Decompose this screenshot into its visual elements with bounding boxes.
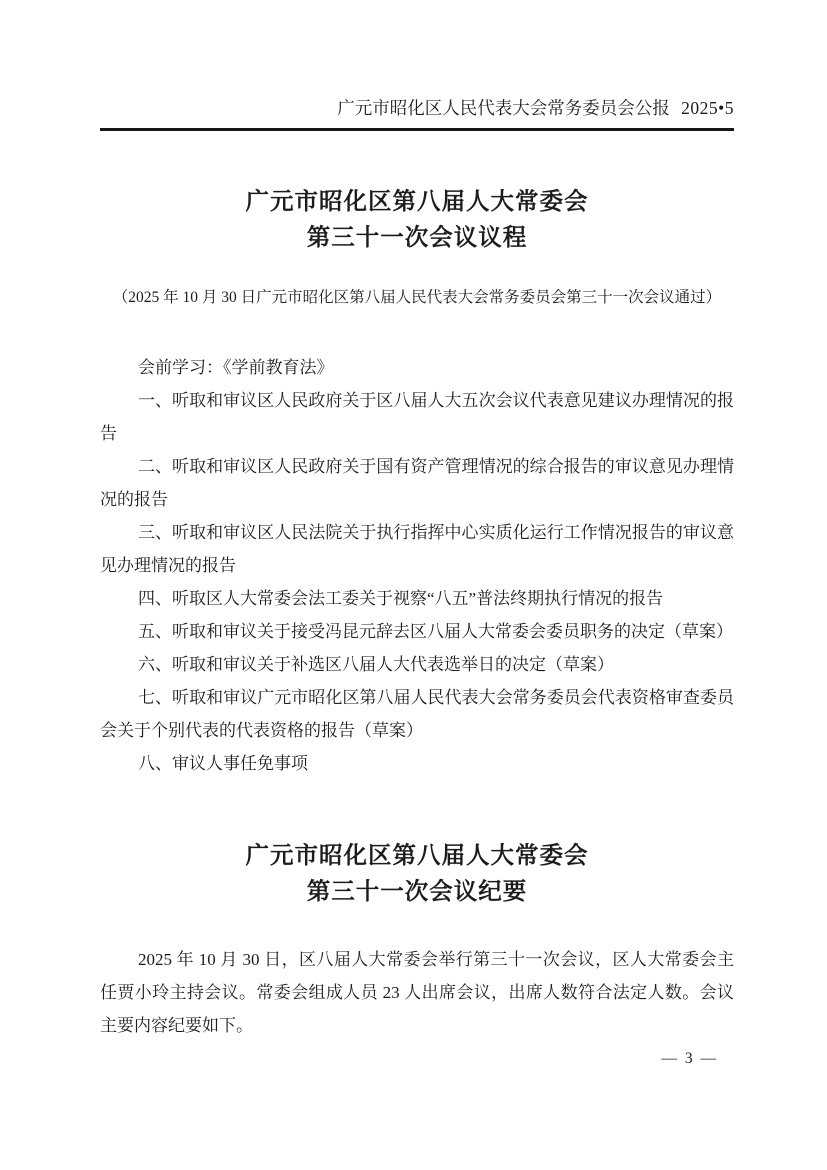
running-header: 广元市昭化区人民代表大会常务委员会公报 2025•5 [100, 97, 734, 119]
agenda-item-5: 五、听取和审议关于接受冯昆元辞去区八届人大常委会委员职务的决定（草案） [100, 615, 734, 648]
running-header-title: 广元市昭化区人民代表大会常务委员会公报 [337, 98, 670, 118]
agenda-item-6: 六、听取和审议关于补选区八届人大代表选举日的决定（草案） [100, 648, 734, 681]
header-rule [100, 128, 734, 131]
agenda-approval-note: （2025 年 10 月 30 日广元市昭化区第八届人民代表大会常务委员会第三十… [100, 287, 734, 309]
page-content: 广元市昭化区人民代表大会常务委员会公报 2025•5 广元市昭化区第八届人大常委… [100, 0, 734, 1068]
agenda-item-8: 八、审议人事任免事项 [100, 747, 734, 780]
running-header-issue: 2025•5 [681, 98, 734, 118]
agenda-item-2: 二、听取和审议区人民政府关于国有资产管理情况的综合报告的审议意见办理情况的报告 [100, 450, 734, 516]
page-number: — 3 — [100, 1050, 734, 1068]
minutes-title-line1: 广元市昭化区第八届人大常委会 [100, 837, 734, 873]
agenda-item-4: 四、听取区人大常委会法工委关于视察“八五”普法终期执行情况的报告 [100, 582, 734, 615]
minutes-title: 广元市昭化区第八届人大常委会 第三十一次会议纪要 [100, 837, 734, 909]
agenda-item-1: 一、听取和审议区人民政府关于区八届人大五次会议代表意见建议办理情况的报告 [100, 384, 734, 450]
minutes-paragraph: 2025 年 10 月 30 日，区八届人大常委会举行第三十一次会议，区人大常委… [100, 943, 734, 1042]
agenda-title-line2: 第三十一次会议议程 [100, 219, 734, 255]
agenda-items: 会前学习：《学前教育法》 一、听取和审议区人民政府关于区八届人大五次会议代表意见… [100, 351, 734, 780]
minutes-title-line2: 第三十一次会议纪要 [100, 873, 734, 909]
agenda-item-3: 三、听取和审议区人民法院关于执行指挥中心实质化运行工作情况报告的审议意见办理情况… [100, 516, 734, 582]
agenda-item-7: 七、听取和审议广元市昭化区第八届人民代表大会常务委员会代表资格审查委员会关于个别… [100, 681, 734, 747]
bulletin-page: 广元市昭化区人民代表大会常务委员会公报 2025•5 广元市昭化区第八届人大常委… [0, 0, 827, 1170]
minutes-body: 2025 年 10 月 30 日，区八届人大常委会举行第三十一次会议，区人大常委… [100, 943, 734, 1042]
agenda-item-prestudy: 会前学习：《学前教育法》 [100, 351, 734, 384]
agenda-title-line1: 广元市昭化区第八届人大常委会 [100, 183, 734, 219]
agenda-title: 广元市昭化区第八届人大常委会 第三十一次会议议程 [100, 183, 734, 255]
